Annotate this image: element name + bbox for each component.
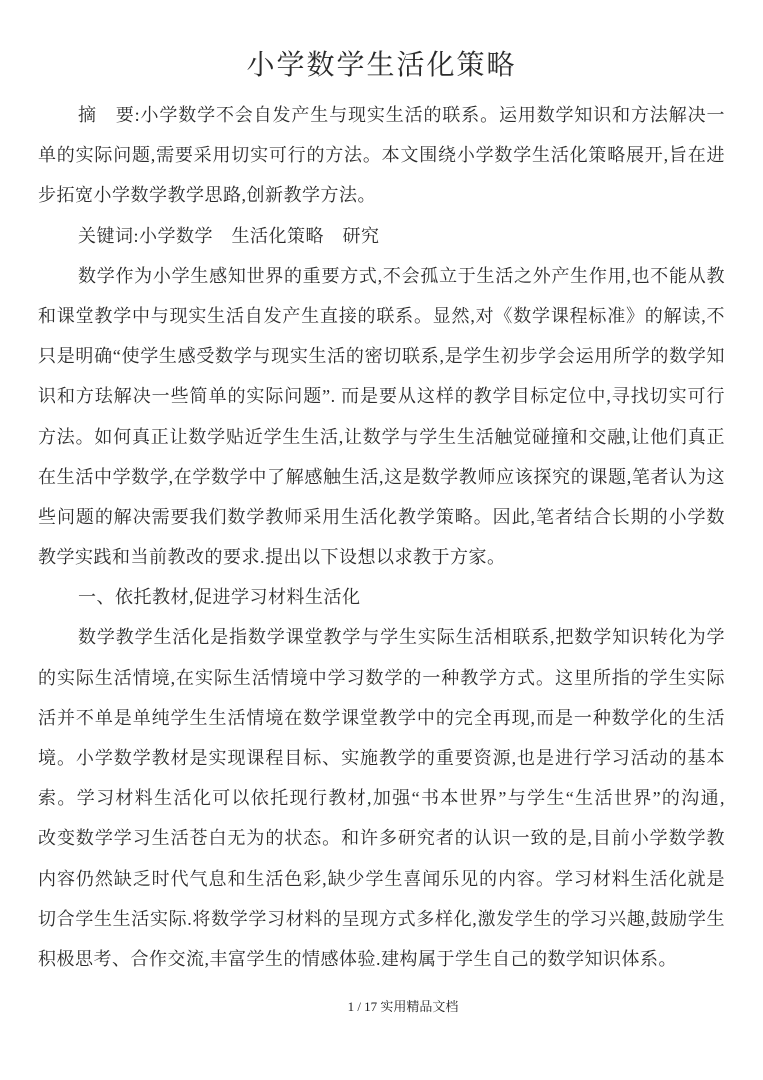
document-page: 小学数学生活化策略 摘 要:小学数学不会自发产生与现实生活的联系。运用数学知识和…	[0, 0, 763, 1080]
text-line: 些问题的解决需要我们数学教师采用生活化教学策略。因此,笔者结合长期的小学数学	[38, 497, 725, 537]
text-line: 只是明确“使学生感受数学与现实生活的密切联系,是学生初步学会运用所学的数学知	[38, 336, 725, 376]
document-title: 小学数学生活化策略	[38, 0, 725, 84]
text-line: 数学教学生活化是指数学课堂教学与学生实际生活相联系,把数学知识转化为学生	[38, 617, 725, 657]
page-footer: 1 / 17 实用精品文档	[38, 995, 725, 1019]
text-line: 索。学习材料生活化可以依托现行教材,加强“书本世界”与学生“生活世界”的沟通,	[38, 778, 725, 818]
text-line: 的实际生活情境,在实际生活情境中学习数学的一种教学方式。这里所指的学生实际生	[38, 658, 725, 698]
text-line: 境。小学数学教材是实现课程目标、实施教学的重要资源,也是进行学习活动的基本线	[38, 738, 725, 778]
text-line: 积极思考、合作交流,丰富学生的情感体验.建构属于学生自己的数学知识体系。	[38, 939, 725, 979]
text-line: 教学实践和当前教改的要求.提出以下设想以求教于方家。	[38, 537, 725, 577]
document-content: 小学数学生活化策略 摘 要:小学数学不会自发产生与现实生活的联系。运用数学知识和…	[0, 0, 763, 1019]
text-line: 数学作为小学生感知世界的重要方式,不会孤立于生活之外产生作用,也不能从教材	[38, 256, 725, 296]
text-line: 步拓宽小学数学教学思路,创新教学方法。	[38, 175, 725, 215]
text-line: 单的实际问题,需要采用切实可行的方法。本文围绕小学数学生活化策略展开,旨在进一	[38, 135, 725, 175]
text-line: 活并不单是单纯学生生活情境在数学课堂教学中的完全再现,而是一种数学化的生活情	[38, 698, 725, 738]
text-line: 切合学生生活实际.将数学学习材料的呈现方式多样化,激发学生的学习兴趣,鼓励学生	[38, 899, 725, 939]
text-line: 在生活中学数学,在学数学中了解感触生活,这是数学教师应该探究的课题,笔者认为这	[38, 457, 725, 497]
text-line: 方法。如何真正让数学贴近学生生活,让数学与学生生活触觉碰撞和交融,让他们真正的	[38, 417, 725, 457]
text-line: 改变数学学习生活苍白无为的状态。和许多研究者的认识一致的是,目前小学数学教材	[38, 818, 725, 858]
section-heading: 一、依托教材,促进学习材料生活化	[38, 577, 725, 617]
text-line: 摘 要:小学数学不会自发产生与现实生活的联系。运用数学知识和方法解决一些简	[38, 95, 725, 135]
text-line: 内容仍然缺乏时代气息和生活色彩,缺少学生喜闻乐见的内容。学习材料生活化就是要	[38, 859, 725, 899]
text-line: 识和方珐解决一些简单的实际问题”. 而是要从这样的教学目标定位中,寻找切实可行的	[38, 376, 725, 416]
document-body: 摘 要:小学数学不会自发产生与现实生活的联系。运用数学知识和方法解决一些简 单的…	[38, 95, 725, 979]
text-line: 和课堂教学中与现实生活自发产生直接的联系。显然,对《数学课程标准》的解读,不能	[38, 296, 725, 336]
keywords-line: 关键词:小学数学 生活化策略 研究	[38, 216, 725, 256]
